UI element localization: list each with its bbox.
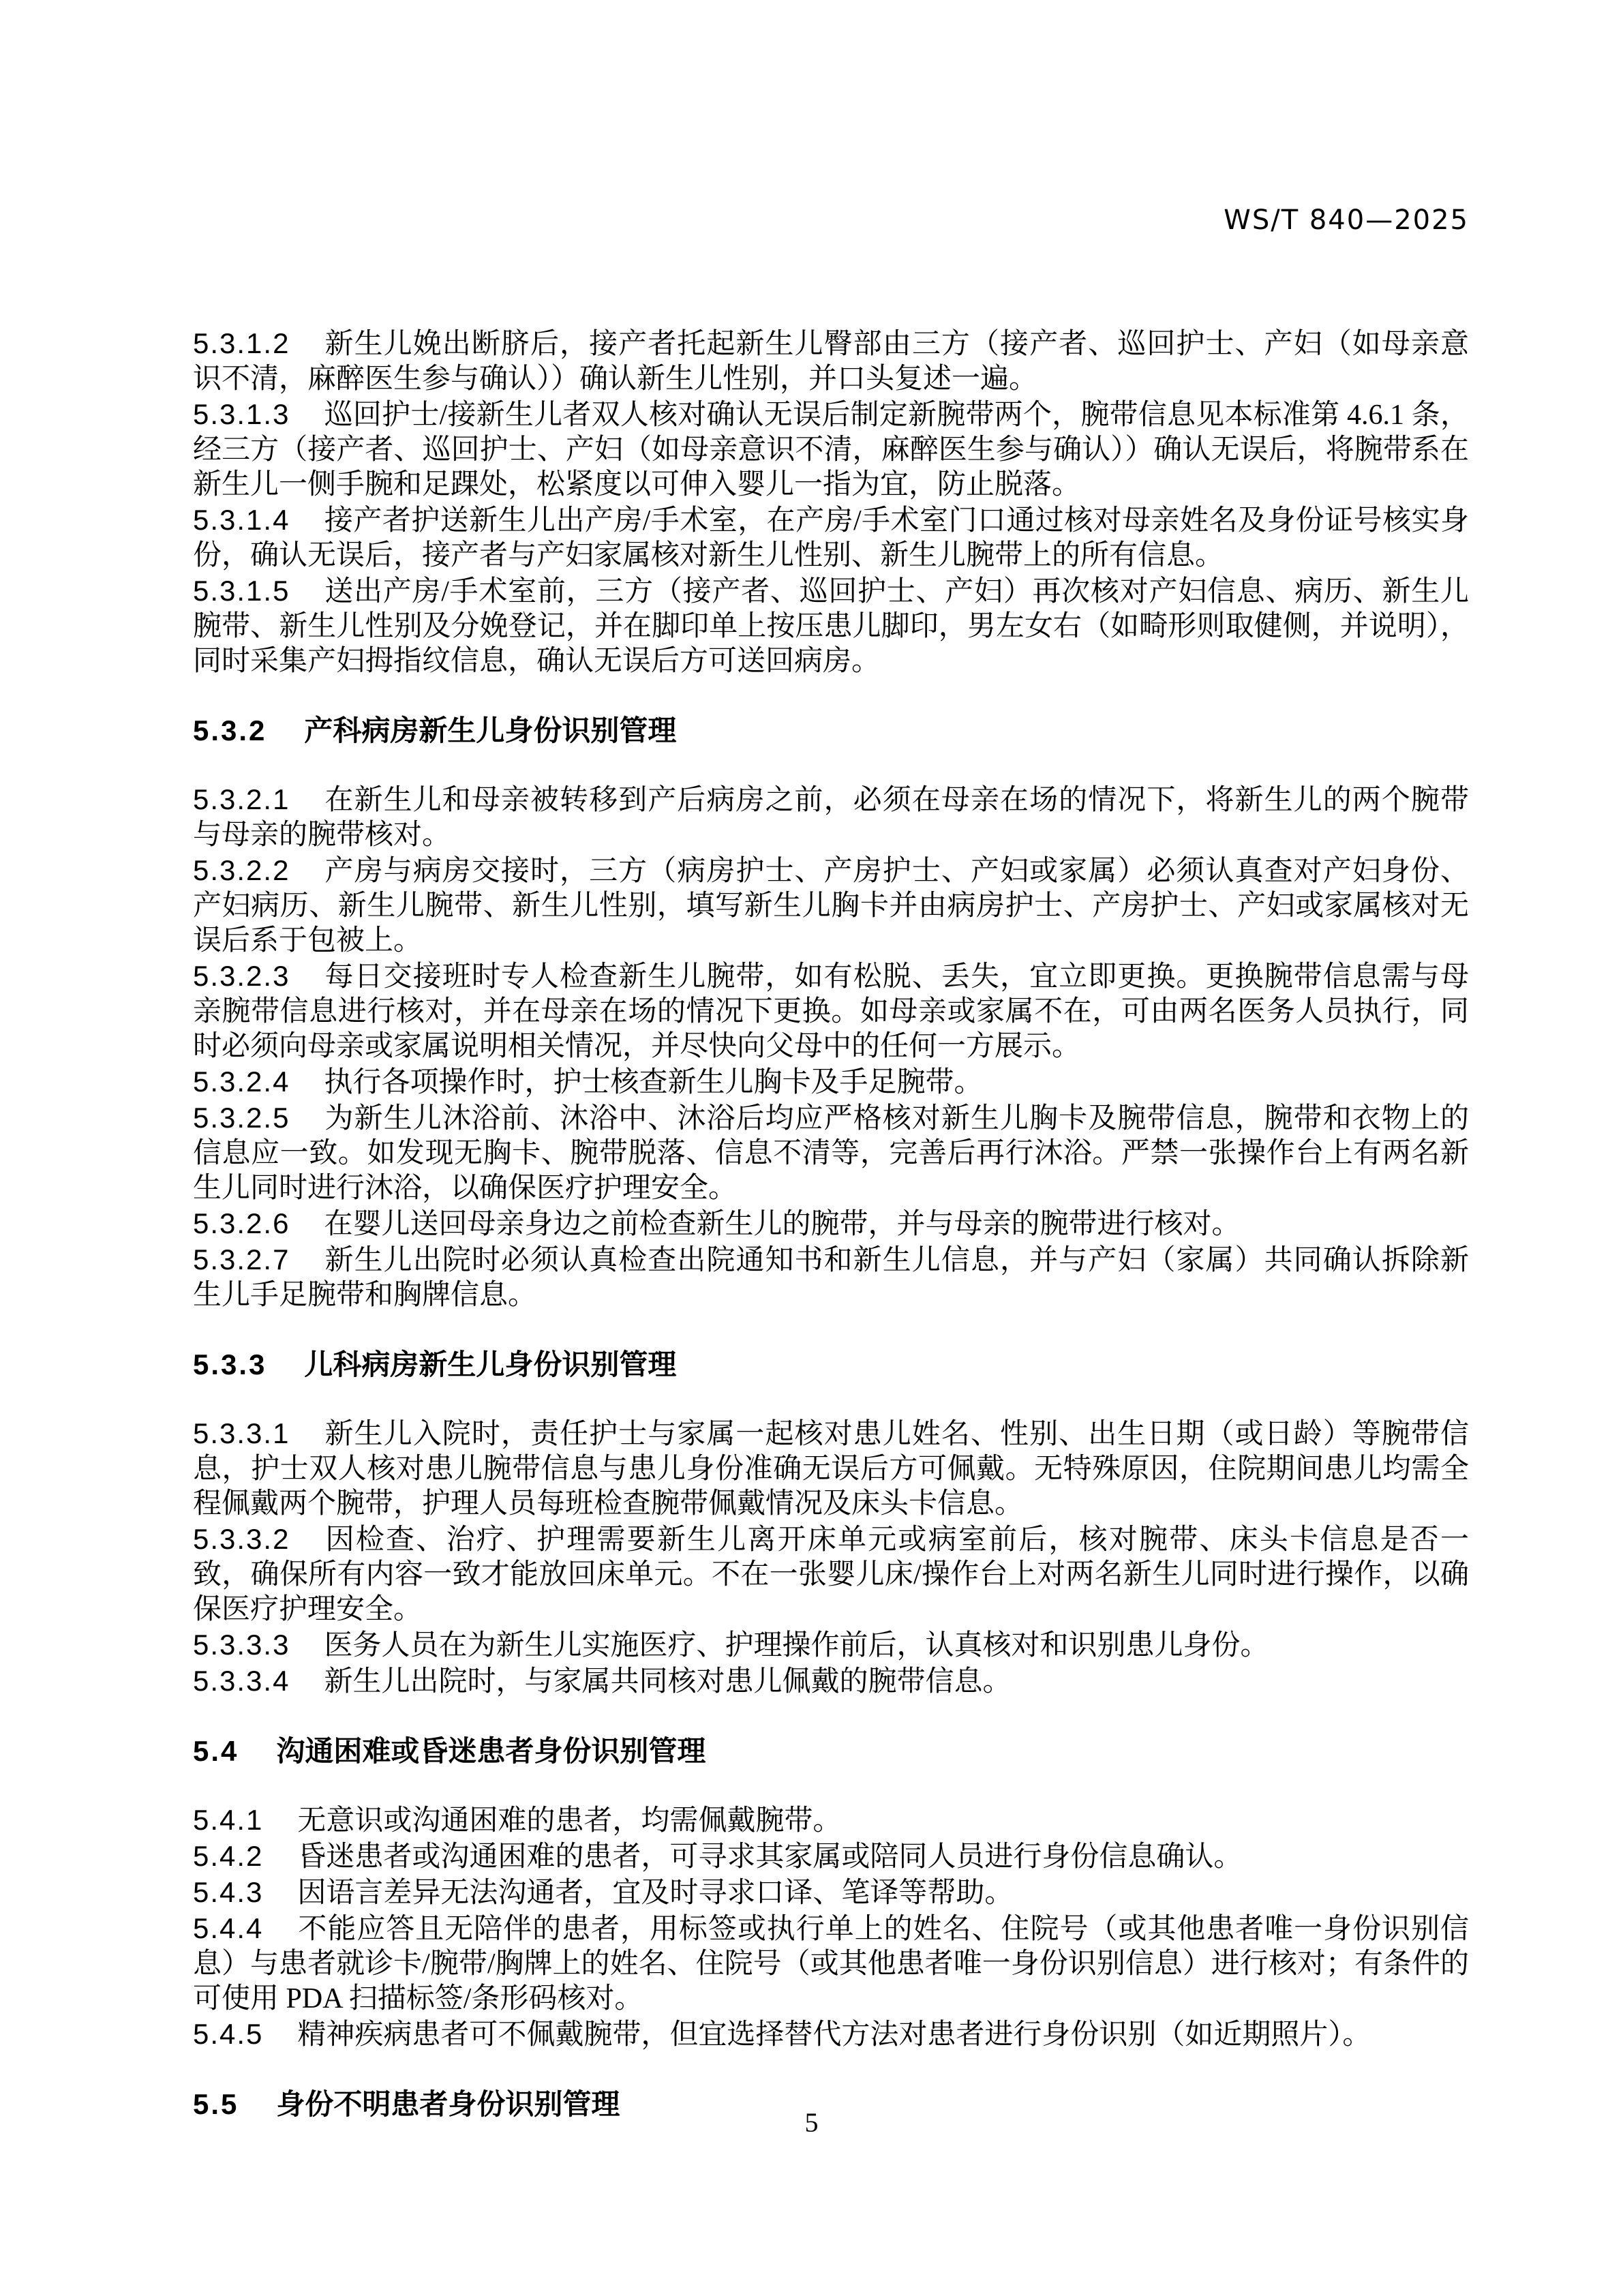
page-header: WS/T 840—2025 — [193, 205, 1469, 236]
clause-text: 新生儿出院时必须认真检查出院通知书和新生儿信息，并与产妇（家属）共同确认拆除新生… — [193, 1245, 1469, 1311]
clause-paragraph: 5.3.2.6在婴儿送回母亲身边之前检查新生儿的腕带，并与母亲的腕带进行核对。 — [193, 1206, 1469, 1242]
clause-paragraph: 5.3.2.2产房与病房交接时，三方（病房护士、产房护士、产妇或家属）必须认真查… — [193, 853, 1469, 958]
clause-paragraph: 5.3.2.4执行各项操作时，护士核查新生儿胸卡及手足腕带。 — [193, 1064, 1469, 1100]
clause-paragraph: 5.3.3.1新生儿入院时，责任护士与家属一起核对患儿姓名、性别、出生日期（或日… — [193, 1416, 1469, 1522]
heading-text: 产科病房新生儿身份识别管理 — [304, 714, 676, 746]
clause-paragraph: 5.3.1.3巡回护士/接新生儿者双人核对确认无误后制定新腕带两个，腕带信息见本… — [193, 397, 1469, 502]
page-number: 5 — [805, 2107, 819, 2138]
clause-paragraph: 5.4.3因语言差异无法沟通者，宜及时寻求口译、笔译等帮助。 — [193, 1875, 1469, 1911]
clause-text: 新生儿出院时，与家属共同核对患儿佩戴的腕带信息。 — [324, 1666, 1011, 1697]
clause-text: 昏迷患者或沟通困难的患者，可寻求其家属或陪同人员进行身份信息确认。 — [297, 1841, 1242, 1873]
clause-number: 5.3.2.2 — [193, 854, 290, 886]
heading-number: 5.3.3 — [193, 1348, 267, 1380]
clause-text: 为新生儿沐浴前、沐浴中、沐浴后均应严格核对新生儿胸卡及腕带信息，腕带和衣物上的信… — [193, 1103, 1469, 1204]
clause-number: 5.4.3 — [193, 1876, 263, 1908]
clause-number: 5.3.1.2 — [193, 327, 290, 359]
clause-text: 无意识或沟通困难的患者，均需佩戴腕带。 — [297, 1805, 841, 1837]
clause-number: 5.3.3.2 — [193, 1523, 290, 1555]
clause-number: 5.3.3.4 — [193, 1665, 290, 1697]
clause-text: 产房与病房交接时，三方（病房护士、产房护士、产妇或家属）必须认真查对产妇身份、产… — [193, 856, 1469, 956]
clause-number: 5.3.2.5 — [193, 1102, 290, 1134]
clause-text: 接产者护送新生儿出产房/手术室，在产房/手术室门口通过核对母亲姓名及身份证号核实… — [193, 505, 1469, 571]
section-heading: 5.4沟通困难或昏迷患者身份识别管理 — [193, 1734, 1469, 1768]
clause-number: 5.3.1.3 — [193, 398, 290, 430]
heading-number: 5.4 — [193, 1735, 239, 1767]
clause-number: 5.3.2.6 — [193, 1207, 290, 1239]
clause-text: 新生儿娩出断脐后，接产者托起新生儿臀部由三方（接产者、巡回护士、产妇（如母亲意识… — [193, 329, 1469, 395]
heading-number: 5.3.2 — [193, 714, 267, 746]
document-body: 5.3.1.2新生儿娩出断脐后，接产者托起新生儿臀部由三方（接产者、巡回护士、产… — [193, 326, 1469, 2156]
clause-paragraph: 5.3.2.1在新生儿和母亲被转移到产后病房之前，必须在母亲在场的情况下，将新生… — [193, 782, 1469, 853]
clause-paragraph: 5.3.3.3医务人员在为新生儿实施医疗、护理操作前后，认真核对和识别患儿身份。 — [193, 1627, 1469, 1663]
clause-paragraph: 5.4.2昏迷患者或沟通困难的患者，可寻求其家属或陪同人员进行身份信息确认。 — [193, 1839, 1469, 1875]
clause-text: 新生儿入院时，责任护士与家属一起核对患儿姓名、性别、出生日期（或日龄）等腕带信息… — [193, 1419, 1469, 1520]
clause-number: 5.3.2.4 — [193, 1066, 290, 1098]
clause-paragraph: 5.3.2.3每日交接班时专人检查新生儿腕带，如有松脱、丢失，宜立即更换。更换腕… — [193, 958, 1469, 1064]
clause-number: 5.3.2.1 — [193, 783, 290, 815]
clause-number: 5.4.5 — [193, 2018, 263, 2050]
clause-number: 5.3.2.3 — [193, 960, 290, 992]
clause-paragraph: 5.4.1无意识或沟通困难的患者，均需佩戴腕带。 — [193, 1802, 1469, 1839]
clause-paragraph: 5.3.3.4新生儿出院时，与家属共同核对患儿佩戴的腕带信息。 — [193, 1663, 1469, 1700]
clause-number: 5.3.1.5 — [193, 575, 290, 607]
document-page: WS/T 840—2025 5.3.1.2新生儿娩出断脐后，接产者托起新生儿臀部… — [0, 0, 1623, 2296]
heading-text: 儿科病房新生儿身份识别管理 — [304, 1348, 676, 1380]
clause-text: 因检查、治疗、护理需要新生儿离开床单元或病室前后，核对腕带、床头卡信息是否一致，… — [193, 1524, 1469, 1625]
section-heading: 5.3.2产科病房新生儿身份识别管理 — [193, 713, 1469, 748]
clause-number: 5.4.2 — [193, 1840, 263, 1872]
clause-paragraph: 5.3.2.7新生儿出院时必须认真检查出院通知书和新生儿信息，并与产妇（家属）共… — [193, 1242, 1469, 1313]
clause-paragraph: 5.3.3.2因检查、治疗、护理需要新生儿离开床单元或病室前后，核对腕带、床头卡… — [193, 1522, 1469, 1627]
section-heading: 5.3.3儿科病房新生儿身份识别管理 — [193, 1347, 1469, 1382]
clause-number: 5.3.3.3 — [193, 1629, 290, 1661]
clause-paragraph: 5.4.4不能应答且无陪伴的患者，用标签或执行单上的姓名、住院号（或其他患者唯一… — [193, 1911, 1469, 2016]
clause-text: 巡回护士/接新生儿者双人核对确认无误后制定新腕带两个，腕带信息见本标准第 4.6… — [193, 399, 1469, 500]
clause-number: 5.4.4 — [193, 1912, 263, 1944]
clause-number: 5.3.1.4 — [193, 504, 290, 536]
clause-text: 精神疾病患者可不佩戴腕带，但宜选择替代方法对患者进行身份识别（如近期照片）。 — [297, 2019, 1371, 2051]
standard-number: WS/T 840—2025 — [1224, 205, 1469, 236]
clause-paragraph: 5.3.1.5送出产房/手术室前，三方（接产者、巡回护士、产妇）再次核对产妇信息… — [193, 573, 1469, 679]
clause-text: 不能应答且无陪伴的患者，用标签或执行单上的姓名、住院号（或其他患者唯一身份识别信… — [193, 1914, 1469, 2014]
clause-text: 医务人员在为新生儿实施医疗、护理操作前后，认真核对和识别患儿身份。 — [324, 1630, 1269, 1661]
clause-paragraph: 5.4.5精神疾病患者可不佩戴腕带，但宜选择替代方法对患者进行身份识别（如近期照… — [193, 2016, 1469, 2053]
clause-number: 5.4.1 — [193, 1804, 263, 1836]
clause-paragraph: 5.3.1.4接产者护送新生儿出产房/手术室，在产房/手术室门口通过核对母亲姓名… — [193, 502, 1469, 573]
clause-text: 送出产房/手术室前，三方（接产者、巡回护士、产妇）再次核对产妇信息、病历、新生儿… — [193, 576, 1469, 677]
clause-paragraph: 5.3.2.5为新生儿沐浴前、沐浴中、沐浴后均应严格核对新生儿胸卡及腕带信息，腕… — [193, 1100, 1469, 1206]
clause-text: 因语言差异无法沟通者，宜及时寻求口译、笔译等帮助。 — [297, 1877, 1013, 1909]
clause-text: 在新生儿和母亲被转移到产后病房之前，必须在母亲在场的情况下，将新生儿的两个腕带与… — [193, 785, 1469, 851]
clause-text: 执行各项操作时，护士核查新生儿胸卡及手足腕带。 — [324, 1067, 982, 1098]
page-footer: 5 — [0, 2106, 1623, 2139]
clause-text: 在婴儿送回母亲身边之前检查新生儿的腕带，并与母亲的腕带进行核对。 — [324, 1209, 1240, 1240]
clause-number: 5.3.3.1 — [193, 1417, 290, 1449]
clause-number: 5.3.2.7 — [193, 1243, 290, 1275]
clause-text: 每日交接班时专人检查新生儿腕带，如有松脱、丢失，宜立即更换。更换腕带信息需与母亲… — [193, 961, 1469, 1062]
heading-text: 沟通困难或昏迷患者身份识别管理 — [276, 1735, 706, 1767]
clause-paragraph: 5.3.1.2新生儿娩出断脐后，接产者托起新生儿臀部由三方（接产者、巡回护士、产… — [193, 326, 1469, 397]
